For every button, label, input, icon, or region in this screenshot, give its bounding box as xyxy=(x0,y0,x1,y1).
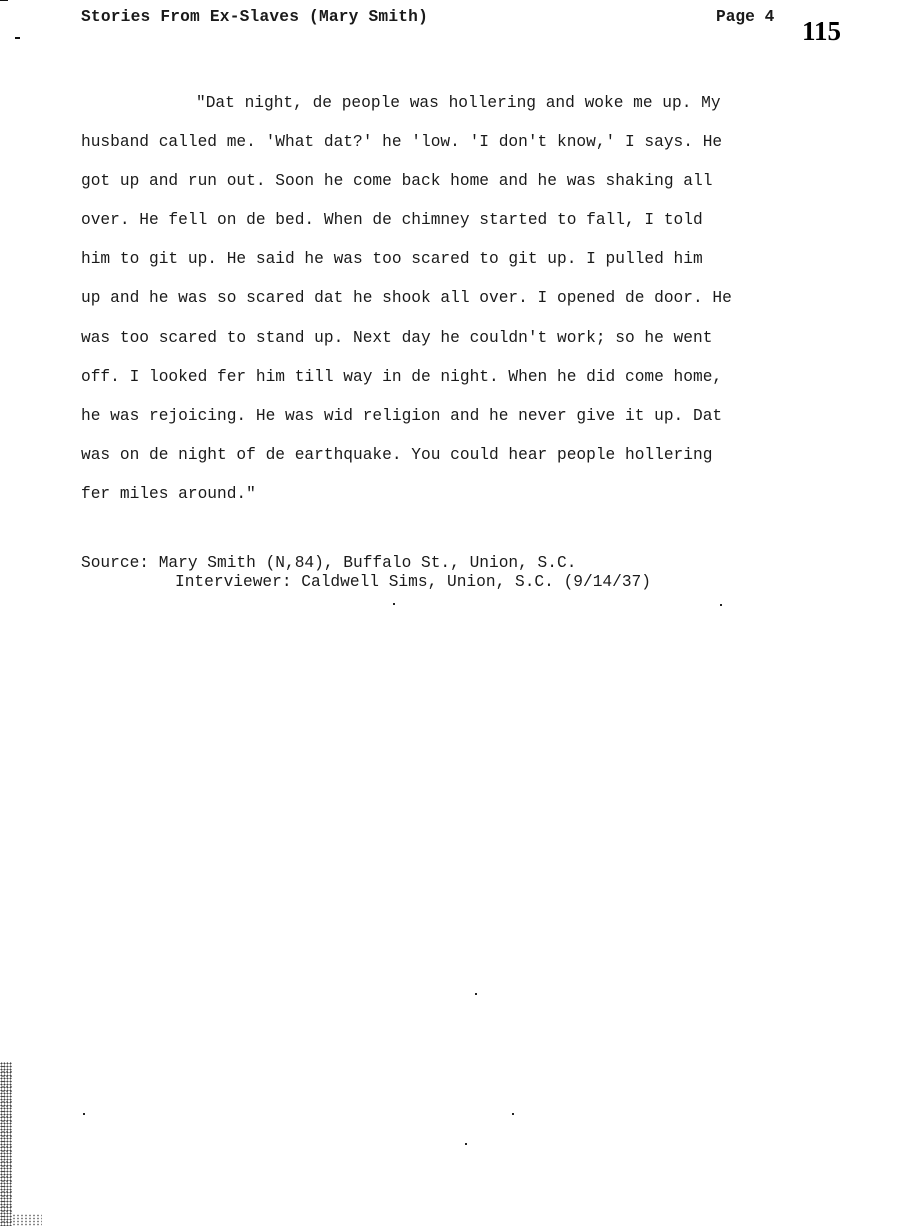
scan-noise xyxy=(720,604,722,606)
text-line: husband called me. 'What dat?' he 'low. … xyxy=(81,123,871,162)
scan-noise xyxy=(83,1113,85,1115)
scan-noise xyxy=(512,1113,514,1115)
page-number-label: Page 4 xyxy=(716,8,774,26)
text-line: over. He fell on de bed. When de chimney… xyxy=(81,201,871,240)
text-line: "Dat night, de people was hollering and … xyxy=(81,84,871,123)
scan-mark xyxy=(0,0,8,1)
text-line: off. I looked fer him till way in de nig… xyxy=(81,358,871,397)
scan-noise xyxy=(475,993,477,995)
scan-noise xyxy=(12,1214,42,1226)
text-line: he was rejoicing. He was wid religion an… xyxy=(81,397,871,436)
scan-mark xyxy=(15,37,20,39)
text-line: got up and run out. Soon he come back ho… xyxy=(81,162,871,201)
scan-noise xyxy=(393,603,395,605)
document-title: Stories From Ex-Slaves (Mary Smith) xyxy=(81,8,428,26)
document-page: Stories From Ex-Slaves (Mary Smith) Page… xyxy=(0,0,900,1226)
text-line: fer miles around." xyxy=(81,475,871,514)
text-line: up and he was so scared dat he shook all… xyxy=(81,279,871,318)
interviewer-line: Interviewer: Caldwell Sims, Union, S.C. … xyxy=(81,573,651,592)
text-line: was too scared to stand up. Next day he … xyxy=(81,319,871,358)
stamped-page-number: 115 xyxy=(802,16,841,47)
source-line: Source: Mary Smith (N,84), Buffalo St., … xyxy=(81,554,651,573)
scan-noise xyxy=(0,1062,12,1226)
text-line: was on de night of de earthquake. You co… xyxy=(81,436,871,475)
scan-noise xyxy=(465,1143,467,1145)
source-citation: Source: Mary Smith (N,84), Buffalo St., … xyxy=(81,554,651,592)
narrative-paragraph: "Dat night, de people was hollering and … xyxy=(81,84,871,514)
text-line: him to git up. He said he was too scared… xyxy=(81,240,871,279)
